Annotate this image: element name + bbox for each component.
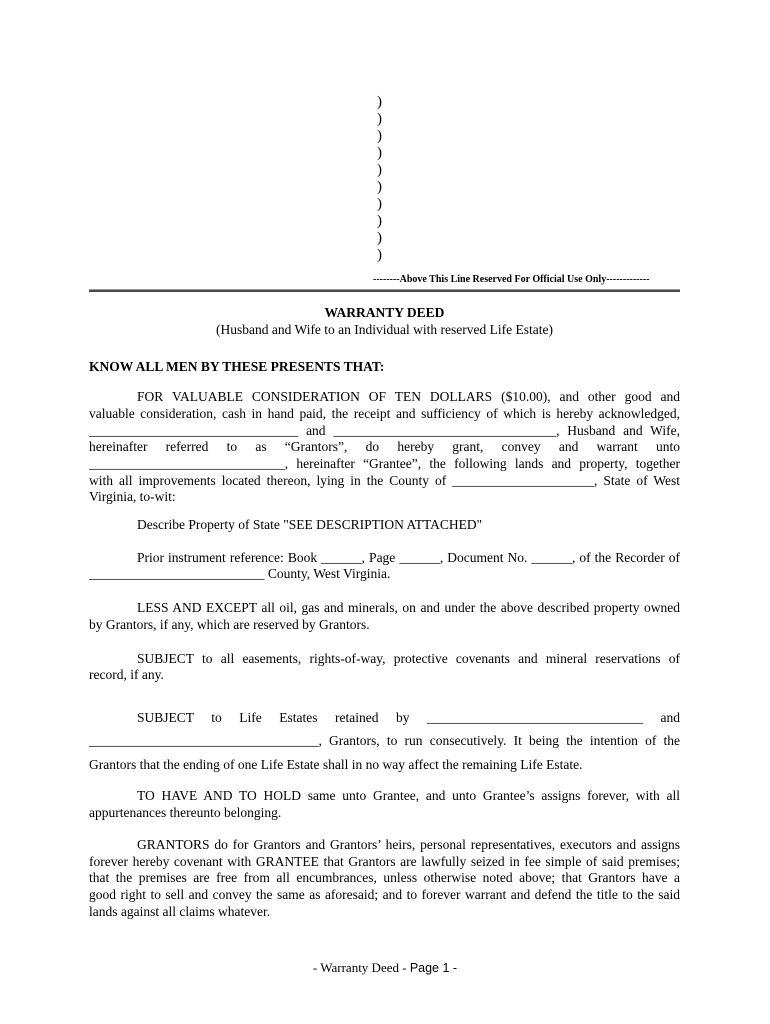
describe-property-paragraph: Describe Property of State "SEE DESCRIPT…: [89, 517, 680, 534]
paren-line: ): [89, 94, 680, 111]
paren-line: ): [89, 196, 680, 213]
subject-easements-paragraph: SUBJECT to all easements, rights-of-way,…: [89, 651, 680, 684]
text-line: Describe Property of State "SEE DESCRIPT…: [89, 517, 680, 534]
prior-instrument-paragraph: Prior instrument reference: Book ______,…: [89, 550, 680, 583]
text-line: SUBJECT to Life Estates retained by ____…: [89, 706, 680, 730]
text-line: __________________________ County, West …: [89, 566, 680, 583]
warranty-deed-page: ) ) ) ) ) ) ) ) ) ) --------Above This L…: [0, 0, 770, 1024]
to-have-and-to-hold-paragraph: TO HAVE AND TO HOLD same unto Grantee, a…: [89, 788, 680, 821]
text-line: lands against all claims whatever.: [89, 904, 680, 921]
paren-line: ): [89, 111, 680, 128]
paren-line: ): [89, 247, 680, 264]
text-line: GRANTORS do for Grantors and Grantors’ h…: [89, 837, 680, 854]
text-line: record, if any.: [89, 667, 680, 684]
text-line: SUBJECT to all easements, rights-of-way,…: [89, 651, 680, 668]
footer-page-label: Page 1 -: [410, 961, 457, 975]
text-line: _______________________________ and ____…: [89, 423, 680, 440]
page-content: ) ) ) ) ) ) ) ) ) ) --------Above This L…: [89, 0, 680, 920]
paren-line: ): [89, 230, 680, 247]
text-line: by Grantors, if any, which are reserved …: [89, 617, 680, 634]
paren-line: ): [89, 179, 680, 196]
footer-doc-label: - Warranty Deed -: [313, 960, 410, 975]
text-line: hereinafter referred to as “Grantors”, d…: [89, 439, 680, 456]
paren-line: ): [89, 162, 680, 179]
text-line: appurtenances thereunto belonging.: [89, 805, 680, 822]
paren-line: ): [89, 128, 680, 145]
less-and-except-paragraph: LESS AND EXCEPT all oil, gas and mineral…: [89, 600, 680, 633]
paren-line: ): [89, 213, 680, 230]
presents-heading: KNOW ALL MEN BY THESE PRESENTS THAT:: [89, 359, 680, 376]
text-line: valuable consideration, cash in hand pai…: [89, 406, 680, 423]
document-subtitle: (Husband and Wife to an Individual with …: [89, 322, 680, 339]
text-line: LESS AND EXCEPT all oil, gas and mineral…: [89, 600, 680, 617]
paren-line: ): [89, 145, 680, 162]
text-line: TO HAVE AND TO HOLD same unto Grantee, a…: [89, 788, 680, 805]
text-line: Prior instrument reference: Book ______,…: [89, 550, 680, 567]
text-line: that the premises are free from all encu…: [89, 870, 680, 887]
official-use-label: --------Above This Line Reserved For Off…: [89, 274, 680, 286]
document-title: WARRANTY DEED: [89, 305, 680, 322]
page-footer: - Warranty Deed - Page 1 -: [0, 960, 770, 976]
official-use-paren-column: ) ) ) ) ) ) ) ) ) ): [89, 94, 680, 264]
text-line: FOR VALUABLE CONSIDERATION OF TEN DOLLAR…: [89, 389, 680, 406]
text-line: _____________________________, hereinaft…: [89, 456, 680, 473]
separator-line: [89, 289, 680, 292]
text-line: Grantors that the ending of one Life Est…: [89, 753, 680, 777]
text-line: forever hereby covenant with GRANTEE tha…: [89, 854, 680, 871]
consideration-paragraph: FOR VALUABLE CONSIDERATION OF TEN DOLLAR…: [89, 389, 680, 506]
text-line: Virginia, to-wit:: [89, 489, 680, 506]
text-line: __________________________________, Gran…: [89, 729, 680, 753]
subject-life-estates-paragraph: SUBJECT to Life Estates retained by ____…: [89, 706, 680, 777]
text-line: with all improvements located thereon, l…: [89, 473, 680, 490]
grantors-covenants-paragraph: GRANTORS do for Grantors and Grantors’ h…: [89, 837, 680, 921]
text-line: good right to sell and convey the same a…: [89, 887, 680, 904]
